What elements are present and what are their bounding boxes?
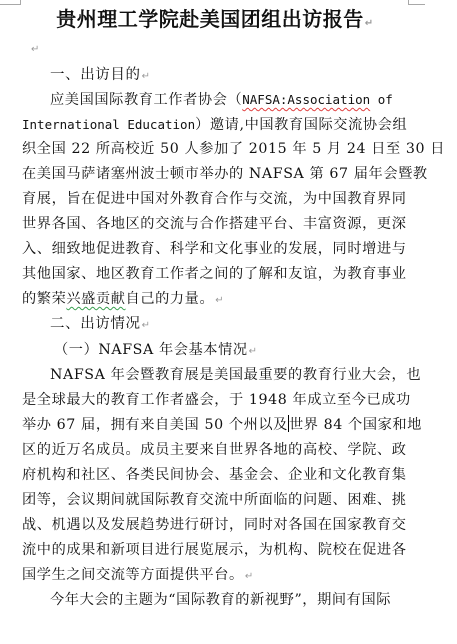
paragraph-line[interactable]: 团等，会议期间就国际教育交流中所面临的问题、困难、挑 bbox=[22, 488, 408, 513]
paragraph-line[interactable]: 区的近万名成员。成员主要来自世界各地的高校、学院、政 bbox=[22, 438, 408, 463]
paragraph-mark-icon: ↵ bbox=[365, 18, 374, 29]
paragraph-mark-icon: ↵ bbox=[215, 295, 224, 306]
paragraph-line[interactable]: 应美国国际教育工作者协会（NAFSA:Association of bbox=[50, 87, 408, 113]
paragraph-line[interactable]: 流中的成果和新项目进行展览展示，为机构、院校在促进各 bbox=[22, 538, 408, 563]
subsection-heading[interactable]: （一）NAFSA 年会基本情况↵ bbox=[54, 338, 440, 364]
paragraph-line[interactable]: 在美国马萨诸塞州波士顿市举办的 NAFSA 第 67 届年会暨教 bbox=[22, 162, 408, 187]
paragraph-mark-icon: ↵ bbox=[245, 571, 254, 582]
paragraph-mark-icon: ↵ bbox=[249, 346, 258, 357]
paragraph-line[interactable]: 是全球最大的教育工作者盛会，于 1948 年成立至今已成功 bbox=[22, 388, 408, 413]
paragraph-line[interactable]: 府机构和社区、各类民间协会、基金会、企业和文化教育集 bbox=[22, 463, 408, 488]
document-title[interactable]: 贵州理工学院赴美国团组出访报告↵ bbox=[22, 4, 408, 39]
paragraph-line[interactable]: 战、机遇以及发展趋势进行研讨，同时对各国在国家教育交 bbox=[22, 513, 408, 538]
paragraph-mark-icon: ↵ bbox=[31, 44, 40, 55]
empty-paragraph[interactable]: ↵ bbox=[30, 36, 416, 62]
paragraph-line[interactable]: 的繁荣兴盛贡献自己的力量。↵ bbox=[22, 287, 408, 313]
section-heading-situation[interactable]: 二、出访情况↵ bbox=[50, 312, 436, 338]
page-corner-mark-right bbox=[408, 0, 425, 5]
paragraph-line[interactable]: International Education）邀请,中国教育国际交流协会组 bbox=[22, 112, 408, 138]
paragraph-line[interactable]: 世界各国、各地区的交流与合作搭建平台、丰富资源，更深 bbox=[22, 212, 408, 237]
spellcheck-underlined-text: NAFSA:Association bbox=[242, 92, 370, 107]
section-heading-purpose[interactable]: 一、出访目的↵ bbox=[50, 63, 436, 89]
paragraph-line[interactable]: NAFSA 年会暨教育展是美国最重要的教育行业大会，也 bbox=[50, 363, 408, 388]
paragraph-line[interactable]: 举办 67 届，拥有来自美国 50 个州以及世界 84 个国家和地 bbox=[22, 413, 408, 438]
paragraph-mark-icon: ↵ bbox=[142, 320, 151, 331]
paragraph-line[interactable]: 织全国 22 所高校近 50 人参加了 2015 年 5 月 24 日至 30 … bbox=[22, 137, 408, 162]
paragraph-line[interactable]: 其他国家、地区教育工作者之间的了解和友谊，为教育事业 bbox=[22, 262, 408, 287]
grammar-underlined-text: 兴盛贡献 bbox=[66, 291, 125, 307]
paragraph-line[interactable]: 入、细致地促进教育、科学和文化事业的发展，同时增进与 bbox=[22, 237, 408, 262]
page-corner-mark-left bbox=[0, 0, 21, 5]
paragraph-mark-icon: ↵ bbox=[142, 71, 151, 82]
paragraph-line[interactable]: 国学生之间交流等方面提供平台。↵ bbox=[22, 563, 408, 589]
paragraph-line[interactable]: 育展，旨在促进中国对外教育合作与交流，为中国教育界同 bbox=[22, 187, 408, 212]
paragraph-line[interactable]: 今年大会的主题为“国际教育的新视野”，期间有国际 bbox=[50, 588, 408, 613]
